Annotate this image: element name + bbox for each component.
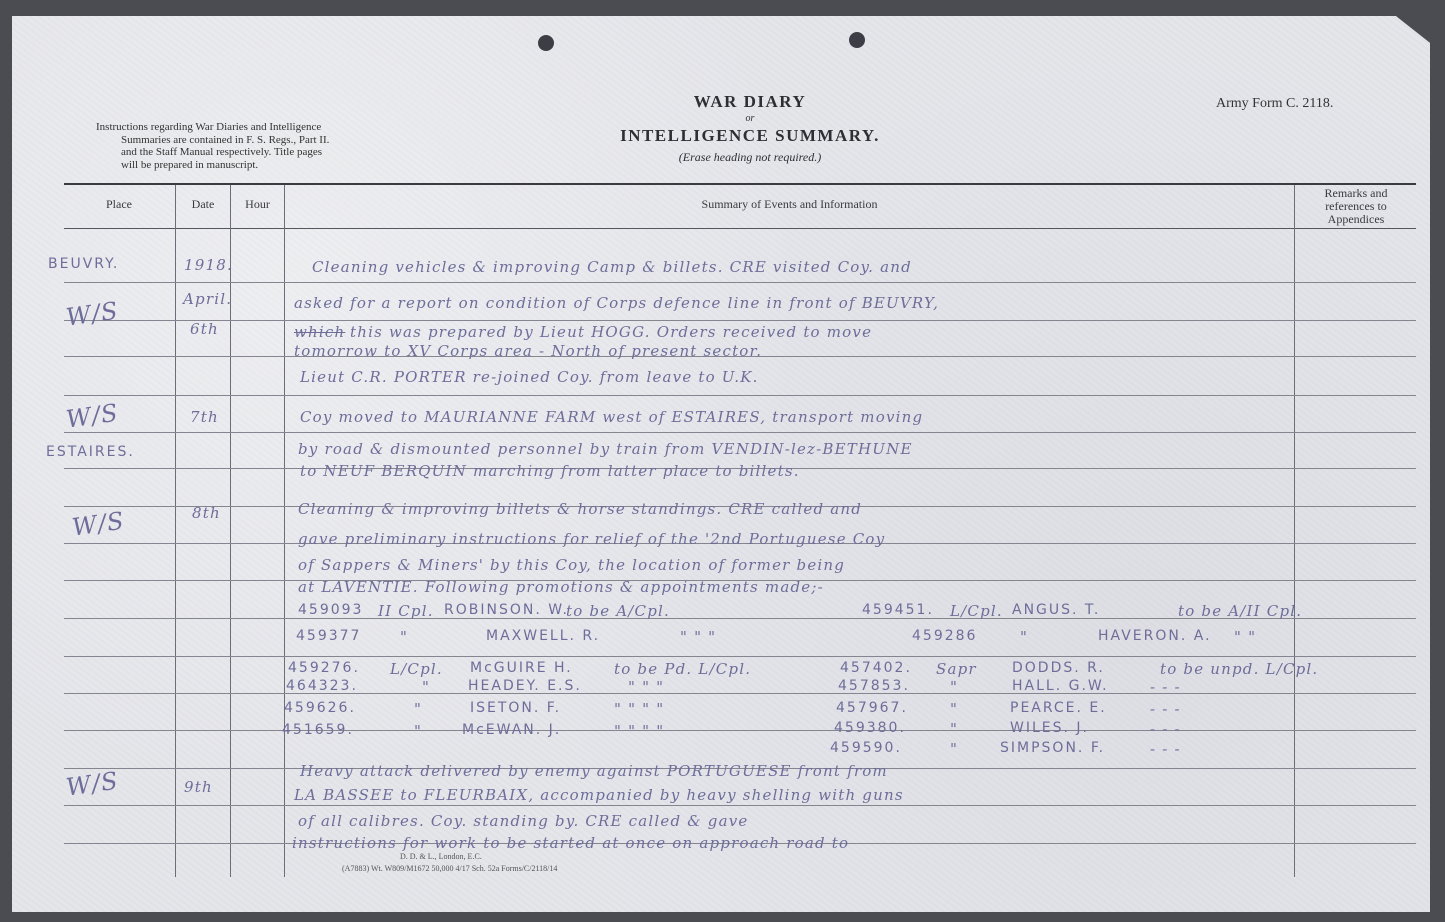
- entry-6-line-2: asked for a report on condition of Corps…: [294, 294, 939, 312]
- entry-year: 1918.: [184, 256, 233, 274]
- promotion-rank: II Cpl.: [378, 602, 434, 620]
- promotion-ditto: - - -: [1150, 678, 1181, 696]
- ruled-line: [64, 656, 1416, 657]
- promotion-number: 464323.: [286, 678, 358, 694]
- entry-8-line-2: gave preliminary instructions for relief…: [298, 530, 885, 548]
- promotion-number: 459377: [296, 628, 361, 644]
- remarks-header-line: Appendices: [1295, 213, 1417, 226]
- instructions-line: Instructions regarding War Diaries and I…: [96, 121, 416, 134]
- place-beuvry: BEUVRY.: [48, 256, 119, 272]
- header-bottom-rule: [64, 228, 1416, 229]
- form-instructions: Instructions regarding War Diaries and I…: [96, 121, 416, 171]
- promotion-name: HEADEY. E.S.: [468, 678, 582, 694]
- entry-7-line-2: by road & dismounted personnel by train …: [298, 440, 913, 458]
- promotion-rank: ": [950, 678, 958, 696]
- promotion-number: 459451.: [862, 602, 934, 618]
- promotion-number: 457402.: [840, 660, 912, 676]
- promotion-name: DODDS. R.: [1012, 660, 1105, 676]
- col-divider-date-hour: [230, 185, 231, 877]
- promotion-rank: ": [400, 628, 408, 646]
- promotion-rank: ": [422, 678, 430, 696]
- promotion-rank: ": [950, 700, 958, 718]
- promotion-to: to be A/Cpl.: [566, 602, 670, 620]
- promotion-to: to be A/II Cpl.: [1178, 602, 1302, 620]
- promotion-ditto: " ": [1234, 628, 1256, 646]
- entry-6-line-3: this was prepared by Lieut HOGG. Orders …: [350, 323, 872, 341]
- punch-hole-right: [849, 32, 865, 48]
- entry-8-line-3: of Sappers & Miners' by this Coy, the lo…: [298, 556, 845, 574]
- entry-9-line-1: Heavy attack delivered by enemy against …: [300, 762, 888, 780]
- promotion-rank: L/Cpl.: [390, 660, 443, 678]
- column-header-summary: Summary of Events and Information: [285, 197, 1294, 212]
- ruled-line: [64, 432, 1416, 433]
- promotion-name: MAXWELL. R.: [486, 628, 600, 644]
- punch-hole-left: [538, 35, 554, 51]
- promotion-rank: L/Cpl.: [950, 602, 1003, 620]
- promotion-ditto: " " " ": [614, 722, 664, 740]
- instructions-line: Summaries are contained in F. S. Regs., …: [96, 134, 416, 147]
- entry-month: April.: [183, 290, 232, 308]
- ruled-line: [64, 395, 1416, 396]
- entry-8-line-1: Cleaning & improving billets & horse sta…: [298, 500, 862, 518]
- column-header-remarks: Remarks and references to Appendices: [1295, 187, 1417, 226]
- page-title-block: WAR DIARY or INTELLIGENCE SUMMARY. (Eras…: [560, 92, 940, 165]
- promotion-number: 459590.: [830, 740, 902, 756]
- instructions-line: will be prepared in manuscript.: [96, 159, 416, 172]
- col-divider-hour-summary: [284, 185, 285, 877]
- entry-date-6: 6th: [190, 320, 219, 338]
- promotion-name: ISETON. F.: [470, 700, 561, 716]
- promotion-number: 459380.: [834, 720, 906, 736]
- ruled-line: [64, 805, 1416, 806]
- promotion-rank: ": [950, 720, 958, 738]
- promotion-number: 457853.: [838, 678, 910, 694]
- column-header-date: Date: [176, 197, 230, 212]
- promotion-name: HALL. G.W.: [1012, 678, 1109, 694]
- promotion-ditto: " " ": [628, 678, 664, 696]
- page-subtitle: INTELLIGENCE SUMMARY.: [560, 126, 940, 146]
- promotion-rank: Sapr: [936, 660, 977, 678]
- promotion-name: PEARCE. E.: [1010, 700, 1107, 716]
- promotion-to: to be unpd. L/Cpl.: [1160, 660, 1318, 678]
- ruled-line: [64, 693, 1416, 694]
- promotion-to: to be Pd. L/Cpl.: [614, 660, 751, 678]
- promotion-rank: ": [950, 740, 958, 758]
- table-top-rule: [64, 183, 1416, 185]
- entry-6-line-1: Cleaning vehicles & improving Camp & bil…: [312, 258, 912, 276]
- entry-date-8: 8th: [192, 504, 221, 522]
- printer-imprint-line-1: D. D. & L., London, E.C.: [400, 852, 482, 861]
- entry-6-line-5: Lieut C.R. PORTER re-joined Coy. from le…: [300, 368, 759, 386]
- page-title: WAR DIARY: [560, 92, 940, 112]
- promotion-name: McEWAN. J.: [462, 722, 561, 738]
- place-estaires: ESTAIRES.: [46, 444, 135, 460]
- title-or: or: [560, 113, 940, 124]
- ruled-line: [64, 730, 1416, 731]
- promotion-name: SIMPSON. F.: [1000, 740, 1105, 756]
- promotion-name: ANGUS. T.: [1012, 602, 1100, 618]
- promotion-name: HAVERON. A.: [1098, 628, 1212, 644]
- promotion-name: ROBINSON. W.: [444, 602, 569, 618]
- promotion-number: 457967.: [836, 700, 908, 716]
- entry-6-line-4: tomorrow to XV Corps area - North of pre…: [294, 342, 762, 360]
- promotion-ditto: - - -: [1150, 740, 1181, 758]
- entry-9-line-3: of all calibres. Coy. standing by. CRE c…: [298, 812, 748, 830]
- promotion-number: 451659.: [282, 722, 354, 738]
- promotion-rank: ": [414, 700, 422, 718]
- entry-9-line-2: LA BASSEE to FLEURBAIX, accompanied by h…: [294, 786, 904, 804]
- column-header-place: Place: [64, 197, 174, 212]
- promotion-number: 459626.: [284, 700, 356, 716]
- promotion-name: WILES. J.: [1010, 720, 1089, 736]
- promotion-name: McGUIRE H.: [470, 660, 573, 676]
- promotion-rank: ": [1020, 628, 1028, 646]
- ruled-line: [64, 320, 1416, 321]
- promotion-number: 459276.: [288, 660, 360, 676]
- promotion-ditto: - - -: [1150, 720, 1181, 738]
- promotion-ditto: " " ": [680, 628, 716, 646]
- column-header-hour: Hour: [231, 197, 284, 212]
- promotion-number: 459286: [912, 628, 977, 644]
- col-divider-summary-remarks: [1294, 185, 1295, 877]
- col-divider-place-date: [175, 185, 176, 877]
- promotion-rank: ": [414, 722, 422, 740]
- entry-7-line-1: Coy moved to MAURIANNE FARM west of ESTA…: [300, 408, 923, 426]
- promotion-ditto: - - -: [1150, 700, 1181, 718]
- promotion-ditto: " " " ": [614, 700, 664, 718]
- entry-date-7: 7th: [190, 408, 219, 426]
- promotion-number: 459093: [298, 602, 363, 618]
- form-number: Army Form C. 2118.: [1216, 96, 1333, 112]
- entry-7-line-3: to NEUF BERQUIN marching from latter pla…: [300, 462, 800, 480]
- entry-8-line-4: at LAVENTIE. Following promotions & appo…: [298, 578, 824, 596]
- entry-9-line-4: instructions for work to be started at o…: [292, 834, 849, 852]
- title-note: (Erase heading not required.): [560, 150, 940, 165]
- entry-6-struck-word: which: [294, 323, 345, 341]
- printer-imprint-line-2: (A7883) Wt. W809/M1672 50,000 4/17 Sch. …: [342, 864, 557, 873]
- ruled-line: [64, 282, 1416, 283]
- entry-date-9: 9th: [184, 778, 213, 796]
- instructions-line: and the Staff Manual respectively. Title…: [96, 146, 416, 159]
